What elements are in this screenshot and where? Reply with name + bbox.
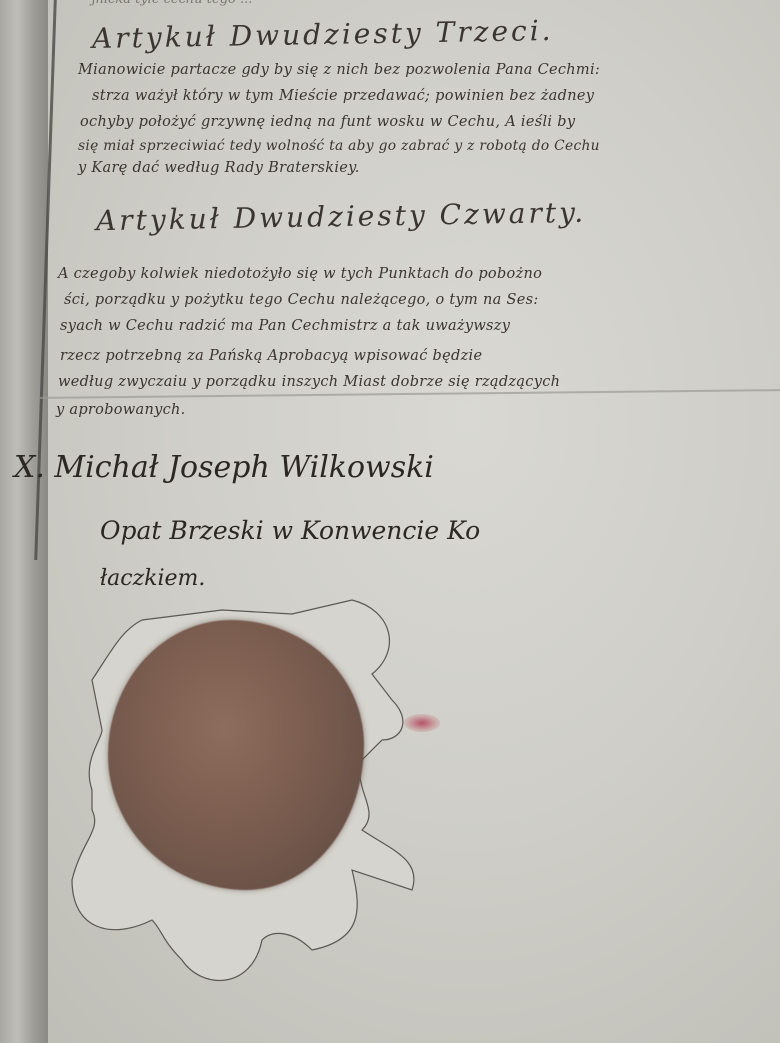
manuscript-page: ʃnicka tyle cechu tego ... Artykuł Dwudz… [0, 0, 780, 1043]
article-23-line-2: strza ważył który w tym Mieście przedawa… [92, 88, 594, 104]
article-23-line-5: y Karę dać według Rady Braterskiey. [78, 160, 360, 176]
article-24-line-4: rzecz potrzebną za Pańską Aprobacyą wpis… [60, 348, 482, 364]
signature-line-1: X. Michał Joseph Wilkowski [14, 450, 434, 485]
article-24-heading: Artykuł Dwudziesty Czwarty. [96, 196, 587, 238]
article-24-line-6: y aprobowanych. [56, 402, 186, 418]
article-23-line-1: Mianowicie partacze gdy by się z nich be… [78, 62, 600, 78]
book-binding [0, 0, 48, 1043]
red-wax-stain [404, 714, 440, 732]
paper-fold-line [40, 389, 780, 399]
article-23-line-4: się miał sprzeciwiać tedy wolność ta aby… [78, 138, 600, 154]
article-24-line-1: A czegoby kolwiek niedotożyło się w tych… [58, 266, 542, 282]
article-24-line-3: syach w Cechu radzić ma Pan Cechmistrz a… [60, 318, 510, 334]
article-24-line-2: ści, porządku y pożytku tego Cechu należ… [64, 292, 539, 308]
signature-line-3: łaczkiem. [100, 566, 205, 591]
article-23-line-3: ochyby położyć grzywnę iedną na funt wos… [80, 114, 575, 130]
article-24-line-5: według zwyczaiu y porządku inszych Miast… [58, 374, 560, 390]
article-23-heading: Artykuł Dwudziesty Trzeci. [92, 14, 554, 55]
faded-top-line: ʃnicka tyle cechu tego ... [92, 0, 252, 7]
signature-line-2: Opat Brzeski w Konwencie Ko [100, 516, 480, 545]
